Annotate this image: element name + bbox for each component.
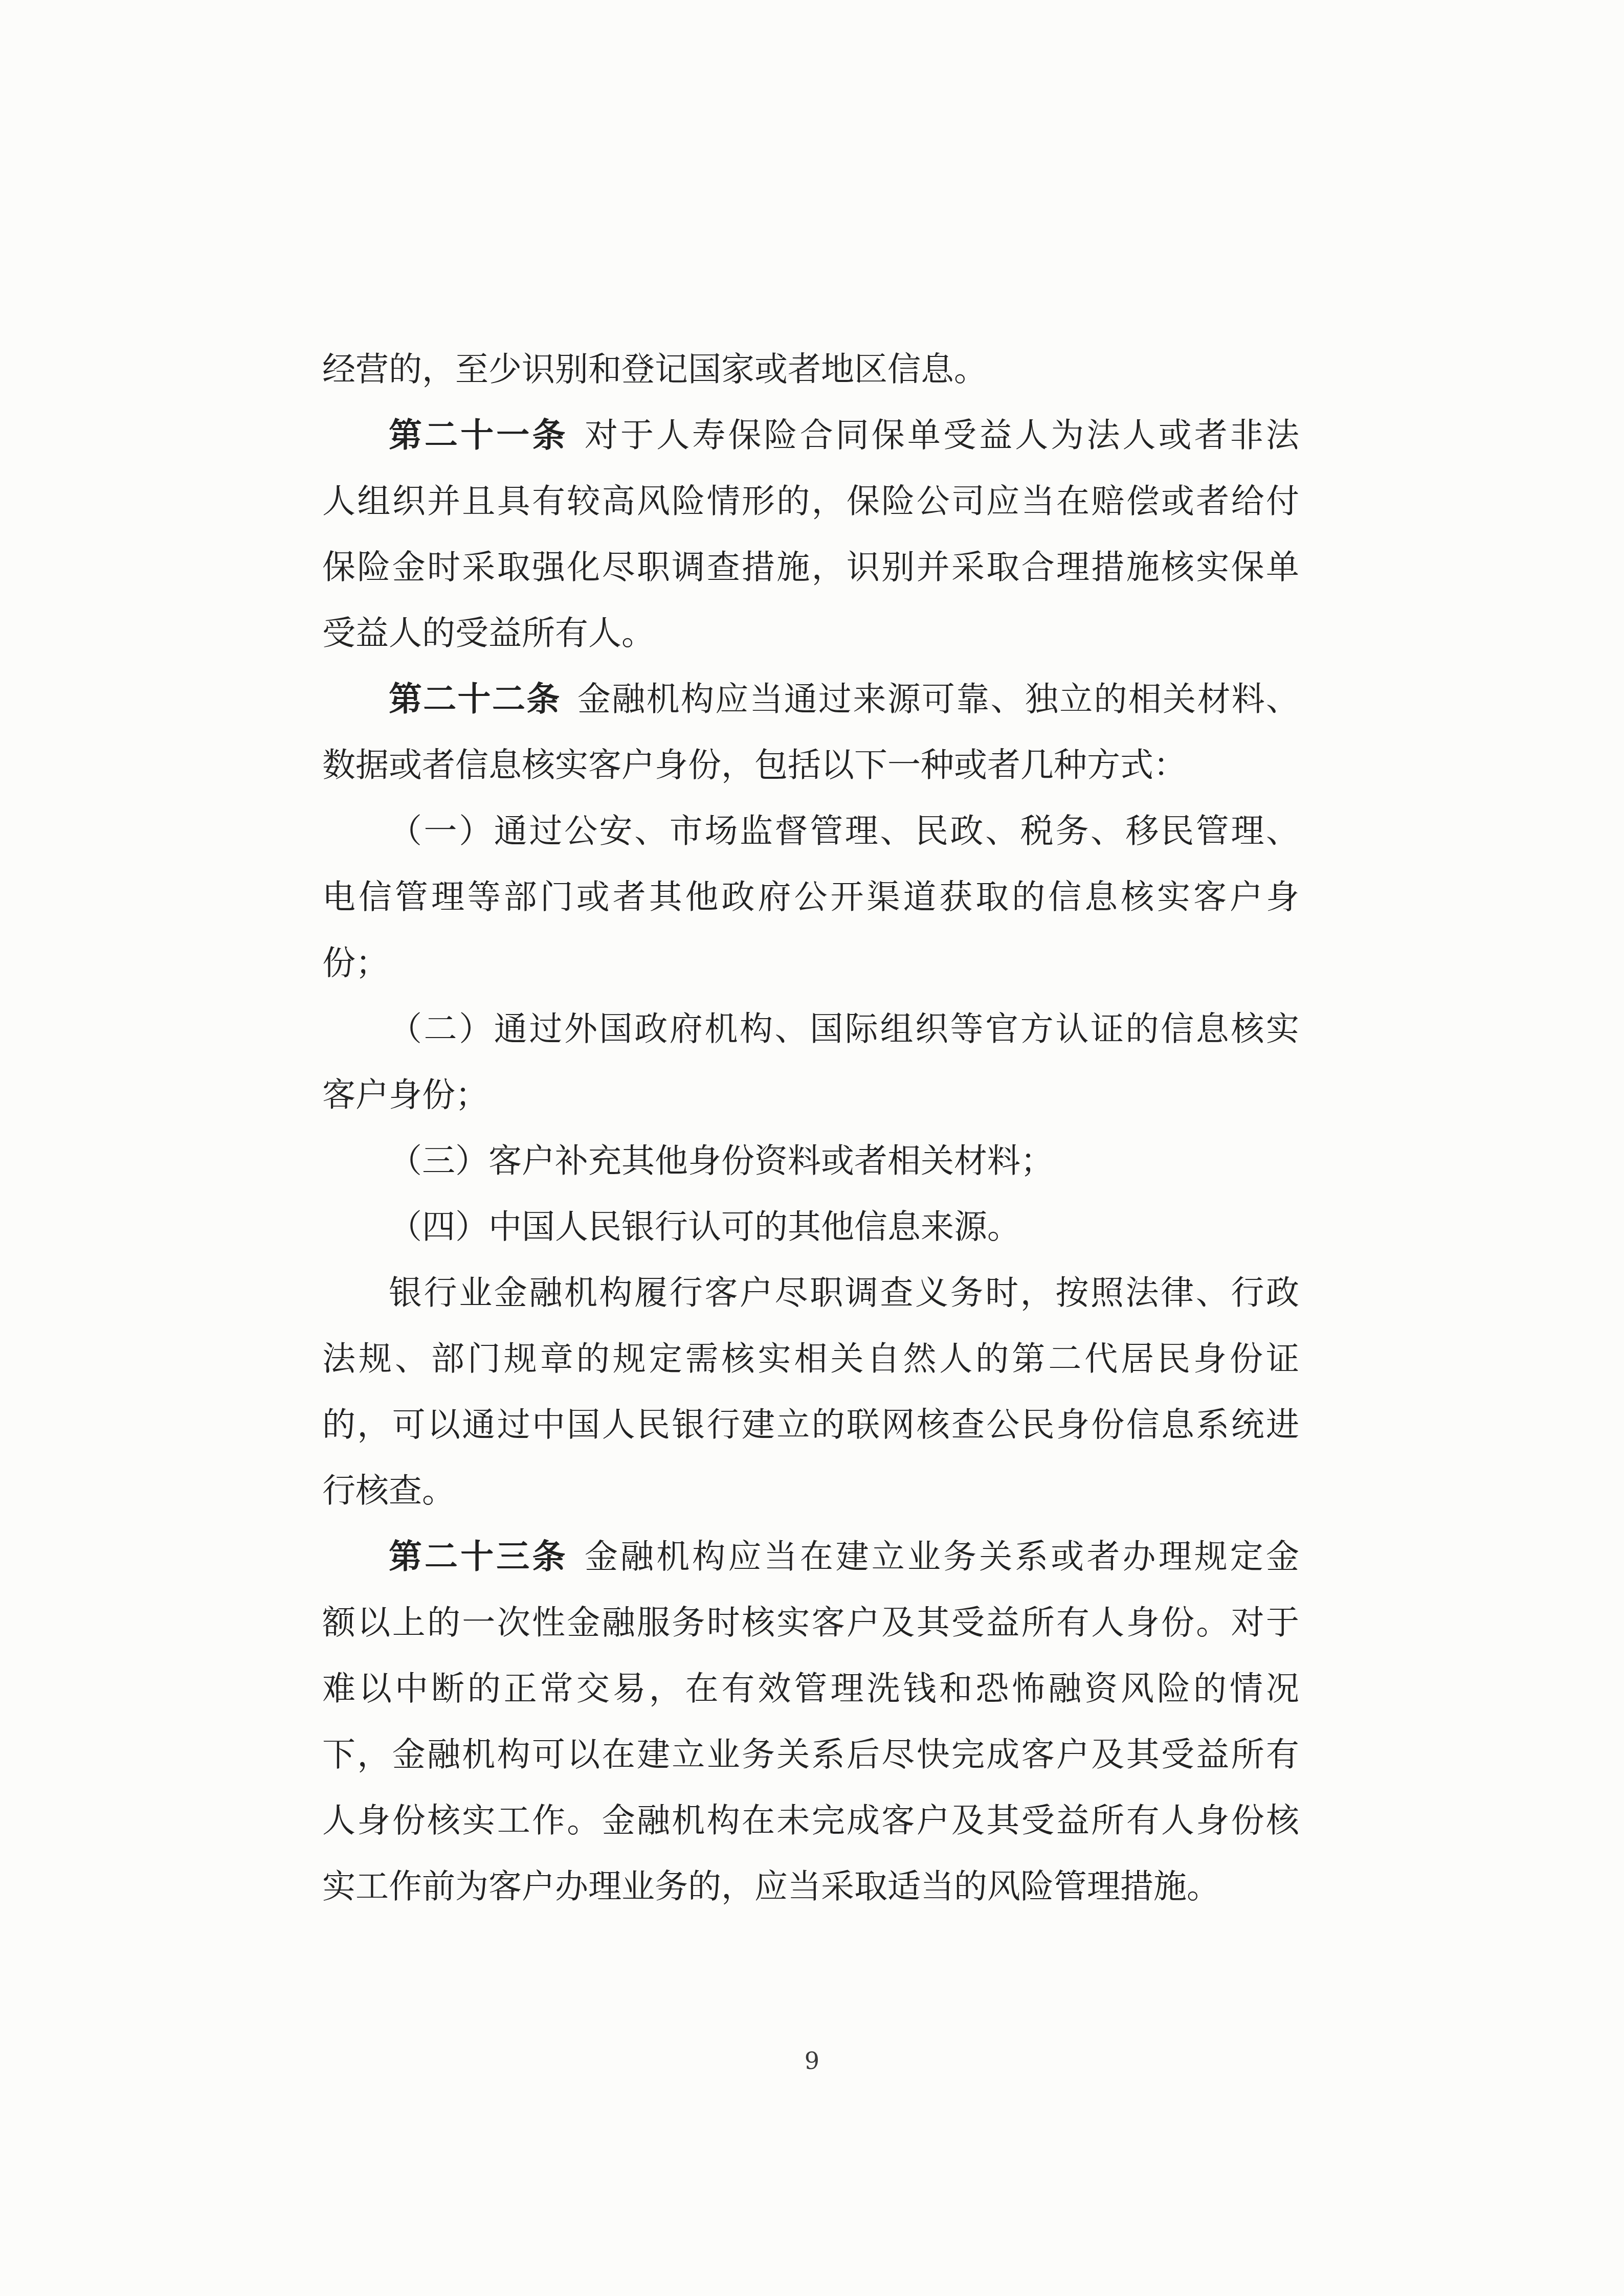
- text-line: （三）客户补充其他身份资料或者相关材料；: [322, 1128, 1299, 1194]
- text-line: 数据或者信息核实客户身份，包括以下一种或者几种方式：: [322, 732, 1299, 798]
- text-line: 第二十一条对于人寿保险合同保单受益人为法人或者非法: [322, 402, 1299, 468]
- text-line: 保险金时采取强化尽职调查措施，识别并采取合理措施核实保单: [322, 534, 1299, 600]
- text-line: 行核查。: [322, 1458, 1299, 1524]
- text-line: 电信管理等部门或者其他政府公开渠道获取的信息核实客户身: [322, 864, 1299, 930]
- text-line: 下，金融机构可以在建立业务关系后尽快完成客户及其受益所有: [322, 1722, 1299, 1788]
- text-line: （二）通过外国政府机构、国际组织等官方认证的信息核实: [322, 996, 1299, 1062]
- text-line: 经营的，至少识别和登记国家或者地区信息。: [322, 336, 1299, 402]
- page-number: 9: [0, 2045, 1624, 2076]
- article-number: 第二十三条: [389, 1537, 568, 1576]
- text-line: 人身份核实工作。金融机构在未完成客户及其受益所有人身份核: [322, 1788, 1299, 1854]
- text-line: 额以上的一次性金融服务时核实客户及其受益所有人身份。对于: [322, 1590, 1299, 1656]
- text-line: 第二十二条金融机构应当通过来源可靠、独立的相关材料、: [322, 666, 1299, 732]
- text-line: 第二十三条金融机构应当在建立业务关系或者办理规定金: [322, 1524, 1299, 1590]
- text-line: 难以中断的正常交易，在有效管理洗钱和恐怖融资风险的情况: [322, 1656, 1299, 1722]
- article-number: 第二十二条: [389, 680, 561, 718]
- text-line: 实工作前为客户办理业务的，应当采取适当的风险管理措施。: [322, 1854, 1299, 1920]
- text-line: （一）通过公安、市场监督管理、民政、税务、移民管理、: [322, 798, 1299, 864]
- text-line: 受益人的受益所有人。: [322, 600, 1299, 666]
- article-lead-text: 金融机构应当在建立业务关系或者办理规定金: [585, 1538, 1299, 1576]
- text-line: （四）中国人民银行认可的其他信息来源。: [322, 1194, 1299, 1260]
- article-number: 第二十一条: [389, 416, 568, 455]
- article-lead-text: 金融机构应当通过来源可靠、独立的相关材料、: [577, 680, 1299, 718]
- text-line: 法规、部门规章的规定需核实相关自然人的第二代居民身份证: [322, 1326, 1299, 1392]
- text-line: 人组织并且具有较高风险情形的，保险公司应当在赔偿或者给付: [322, 468, 1299, 534]
- document-page: 经营的，至少识别和登记国家或者地区信息。第二十一条对于人寿保险合同保单受益人为法…: [0, 0, 1624, 2296]
- text-line: 客户身份；: [322, 1062, 1299, 1128]
- text-line: 份；: [322, 930, 1299, 996]
- text-line: 的，可以通过中国人民银行建立的联网核查公民身份信息系统进: [322, 1392, 1299, 1458]
- body-text: 经营的，至少识别和登记国家或者地区信息。第二十一条对于人寿保险合同保单受益人为法…: [322, 336, 1299, 1920]
- text-line: 银行业金融机构履行客户尽职调查义务时，按照法律、行政: [322, 1260, 1299, 1326]
- article-lead-text: 对于人寿保险合同保单受益人为法人或者非法: [585, 416, 1299, 455]
